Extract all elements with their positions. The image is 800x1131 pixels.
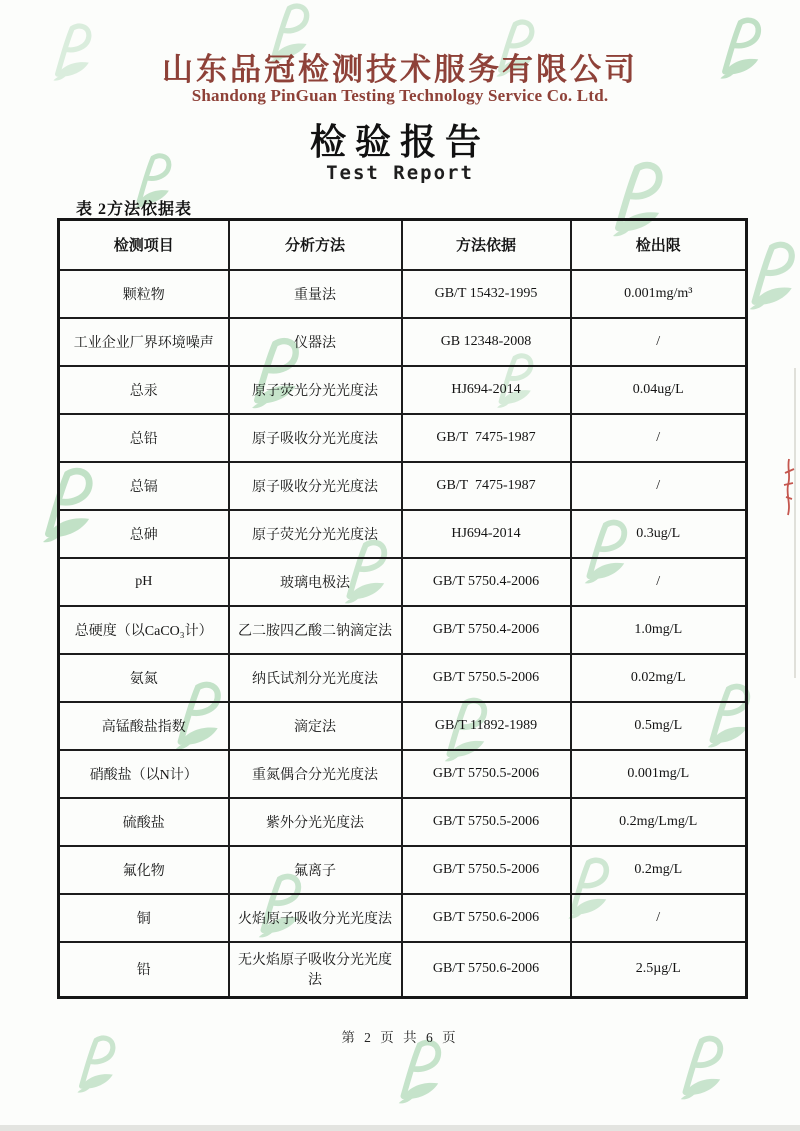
method-cell: 原子吸收分光光度法: [229, 462, 402, 510]
item-cell: 氟化物: [59, 846, 229, 894]
method-cell: 重氮偶合分光光度法: [229, 750, 402, 798]
item-cell: 硫酸盐: [59, 798, 229, 846]
table-caption: 表 2方法依据表: [76, 196, 192, 219]
table-header-row: 检测项目分析方法方法依据检出限: [59, 220, 747, 270]
red-seal-edge-mark: [779, 455, 799, 519]
basis-cell: HJ694-2014: [402, 510, 571, 558]
scan-edge-line: [794, 368, 796, 678]
table-row: 高锰酸盐指数滴定法GB/T 11892-19890.5mg/L: [59, 702, 747, 750]
table-row: pH玻璃电极法GB/T 5750.4-2006/: [59, 558, 747, 606]
limit-cell: 2.5µg/L: [571, 942, 747, 998]
item-cell: 总硬度（以CaCO₃计）: [59, 606, 229, 654]
item-cell: 总汞: [59, 366, 229, 414]
item-cell: 硝酸盐（以N计）: [59, 750, 229, 798]
report-title-en: Test Report: [0, 162, 800, 184]
limit-cell: /: [571, 558, 747, 606]
table-body: 颗粒物重量法GB/T 15432-19950.001mg/m³工业企业厂界环境噪…: [59, 270, 747, 998]
column-header: 分析方法: [229, 220, 402, 270]
basis-cell: HJ694-2014: [402, 366, 571, 414]
limit-cell: 0.2mg/L: [571, 846, 747, 894]
limit-cell: /: [571, 318, 747, 366]
limit-cell: 0.3ug/L: [571, 510, 747, 558]
table-row: 总汞原子荧光分光光度法HJ694-20140.04ug/L: [59, 366, 747, 414]
basis-cell: GB/T 7475-1987: [402, 414, 571, 462]
report-page: 山东品冠检测技术服务有限公司 Shandong PinGuan Testing …: [0, 0, 800, 1131]
table-row: 总铅原子吸收分光光度法GB/T 7475-1987/: [59, 414, 747, 462]
column-header: 检出限: [571, 220, 747, 270]
limit-cell: 0.001mg/L: [571, 750, 747, 798]
page-indicator: 第 2 页 共 6 页: [0, 1026, 800, 1046]
limit-cell: 0.04ug/L: [571, 366, 747, 414]
limit-cell: 0.02mg/L: [571, 654, 747, 702]
limit-cell: 0.5mg/L: [571, 702, 747, 750]
basis-cell: GB/T 5750.6-2006: [402, 942, 571, 998]
item-cell: 总砷: [59, 510, 229, 558]
method-cell: 火焰原子吸收分光光度法: [229, 894, 402, 942]
brand-watermark-icon: [386, 1038, 444, 1105]
basis-cell: GB/T 11892-1989: [402, 702, 571, 750]
methods-table: 检测项目分析方法方法依据检出限 颗粒物重量法GB/T 15432-19950.0…: [57, 218, 748, 999]
item-cell: 铜: [59, 894, 229, 942]
table-row: 硝酸盐（以N计）重氮偶合分光光度法GB/T 5750.5-20060.001mg…: [59, 750, 747, 798]
method-cell: 原子荧光分光光度法: [229, 510, 402, 558]
basis-cell: GB/T 5750.5-2006: [402, 750, 571, 798]
item-cell: 总镉: [59, 462, 229, 510]
basis-cell: GB/T 5750.4-2006: [402, 606, 571, 654]
method-cell: 仪器法: [229, 318, 402, 366]
item-cell: 总铅: [59, 414, 229, 462]
item-cell: pH: [59, 558, 229, 606]
basis-cell: GB 12348-2008: [402, 318, 571, 366]
basis-cell: GB/T 5750.4-2006: [402, 558, 571, 606]
report-title-zh: 检验报告: [0, 114, 800, 165]
method-cell: 原子吸收分光光度法: [229, 414, 402, 462]
method-cell: 滴定法: [229, 702, 402, 750]
table-row: 氨氮纳氏试剂分光光度法GB/T 5750.5-20060.02mg/L: [59, 654, 747, 702]
method-cell: 紫外分光光度法: [229, 798, 402, 846]
basis-cell: GB/T 5750.5-2006: [402, 846, 571, 894]
basis-cell: GB/T 5750.5-2006: [402, 654, 571, 702]
limit-cell: 0.001mg/m³: [571, 270, 747, 318]
limit-cell: 0.2mg/Lmg/L: [571, 798, 747, 846]
limit-cell: /: [571, 462, 747, 510]
table-row: 工业企业厂界环境噪声仪器法GB 12348-2008/: [59, 318, 747, 366]
method-cell: 重量法: [229, 270, 402, 318]
column-header: 检测项目: [59, 220, 229, 270]
table-row: 总砷原子荧光分光光度法HJ694-20140.3ug/L: [59, 510, 747, 558]
method-cell: 纳氏试剂分光光度法: [229, 654, 402, 702]
scan-bottom-edge: [0, 1125, 800, 1131]
item-cell: 工业企业厂界环境噪声: [59, 318, 229, 366]
item-cell: 高锰酸盐指数: [59, 702, 229, 750]
basis-cell: GB/T 7475-1987: [402, 462, 571, 510]
method-cell: 氟离子: [229, 846, 402, 894]
basis-cell: GB/T 15432-1995: [402, 270, 571, 318]
item-cell: 氨氮: [59, 654, 229, 702]
table-row: 总硬度（以CaCO₃计）乙二胺四乙酸二钠滴定法GB/T 5750.4-20061…: [59, 606, 747, 654]
limit-cell: /: [571, 414, 747, 462]
method-cell: 乙二胺四乙酸二钠滴定法: [229, 606, 402, 654]
limit-cell: /: [571, 894, 747, 942]
column-header: 方法依据: [402, 220, 571, 270]
table-row: 铅无火焰原子吸收分光光度法GB/T 5750.6-20062.5µg/L: [59, 942, 747, 998]
company-name-en: Shandong PinGuan Testing Technology Serv…: [0, 86, 800, 106]
table-row: 总镉原子吸收分光光度法GB/T 7475-1987/: [59, 462, 747, 510]
item-cell: 铅: [59, 942, 229, 998]
basis-cell: GB/T 5750.5-2006: [402, 798, 571, 846]
table-row: 硫酸盐紫外分光光度法GB/T 5750.5-20060.2mg/Lmg/L: [59, 798, 747, 846]
method-cell: 原子荧光分光光度法: [229, 366, 402, 414]
method-cell: 无火焰原子吸收分光光度法: [229, 942, 402, 998]
table-row: 颗粒物重量法GB/T 15432-19950.001mg/m³: [59, 270, 747, 318]
basis-cell: GB/T 5750.6-2006: [402, 894, 571, 942]
limit-cell: 1.0mg/L: [571, 606, 747, 654]
item-cell: 颗粒物: [59, 270, 229, 318]
method-cell: 玻璃电极法: [229, 558, 402, 606]
table-row: 铜火焰原子吸收分光光度法GB/T 5750.6-2006/: [59, 894, 747, 942]
table-row: 氟化物氟离子GB/T 5750.5-20060.2mg/L: [59, 846, 747, 894]
company-name-zh: 山东品冠检测技术服务有限公司: [0, 44, 800, 89]
